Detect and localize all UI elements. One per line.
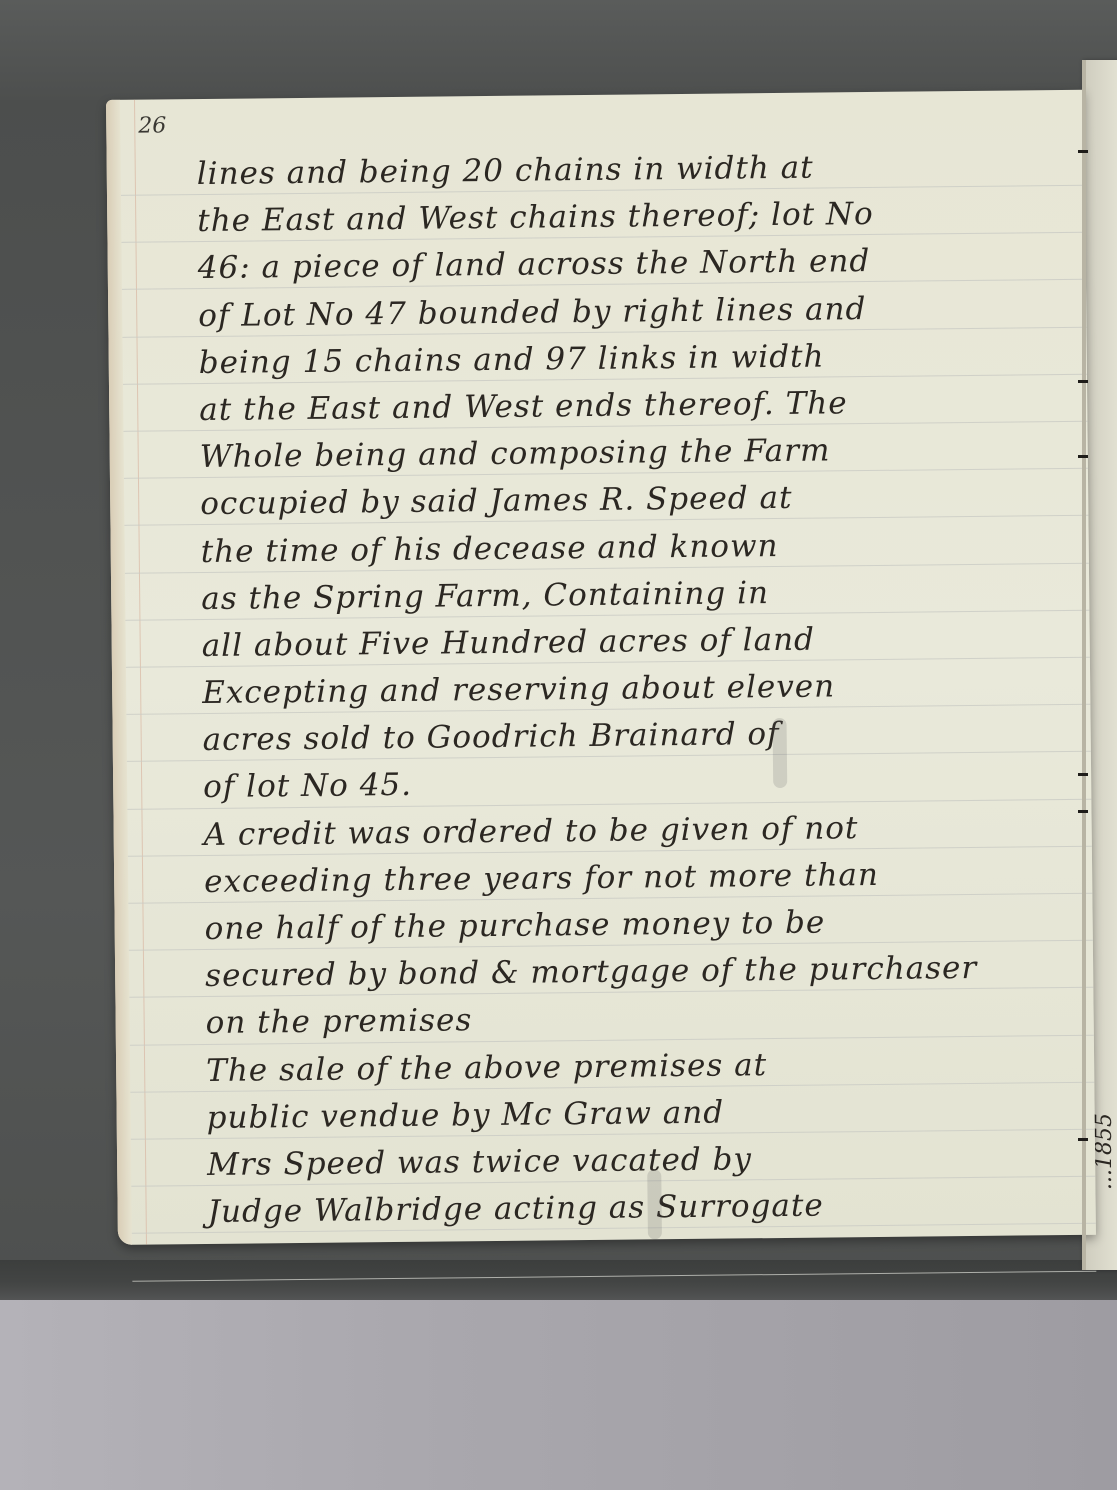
- felt-background: [0, 0, 1117, 100]
- binding-stitch: [1078, 455, 1088, 458]
- binding-stitch: [1078, 810, 1088, 813]
- page-edge: [106, 100, 132, 1245]
- ink-smudge: [647, 1169, 662, 1239]
- margin-line: [134, 100, 147, 1245]
- binding-stitch: [1078, 380, 1088, 383]
- binding-stitch: [1078, 1138, 1088, 1141]
- text-line: secured by bond & mortgage of the purcha…: [205, 944, 1085, 1000]
- handwritten-text: lines and being 20 chains in width at th…: [197, 142, 1088, 1236]
- ink-smudge: [773, 718, 788, 788]
- binding: [1082, 60, 1086, 1270]
- binding-stitch: [1078, 773, 1088, 776]
- binding-stitch: [1078, 150, 1088, 153]
- table-surface: [0, 1300, 1117, 1490]
- page-number: 26: [138, 113, 166, 138]
- notebook-page: 26 lines and being 20 chains in width at…: [106, 90, 1096, 1245]
